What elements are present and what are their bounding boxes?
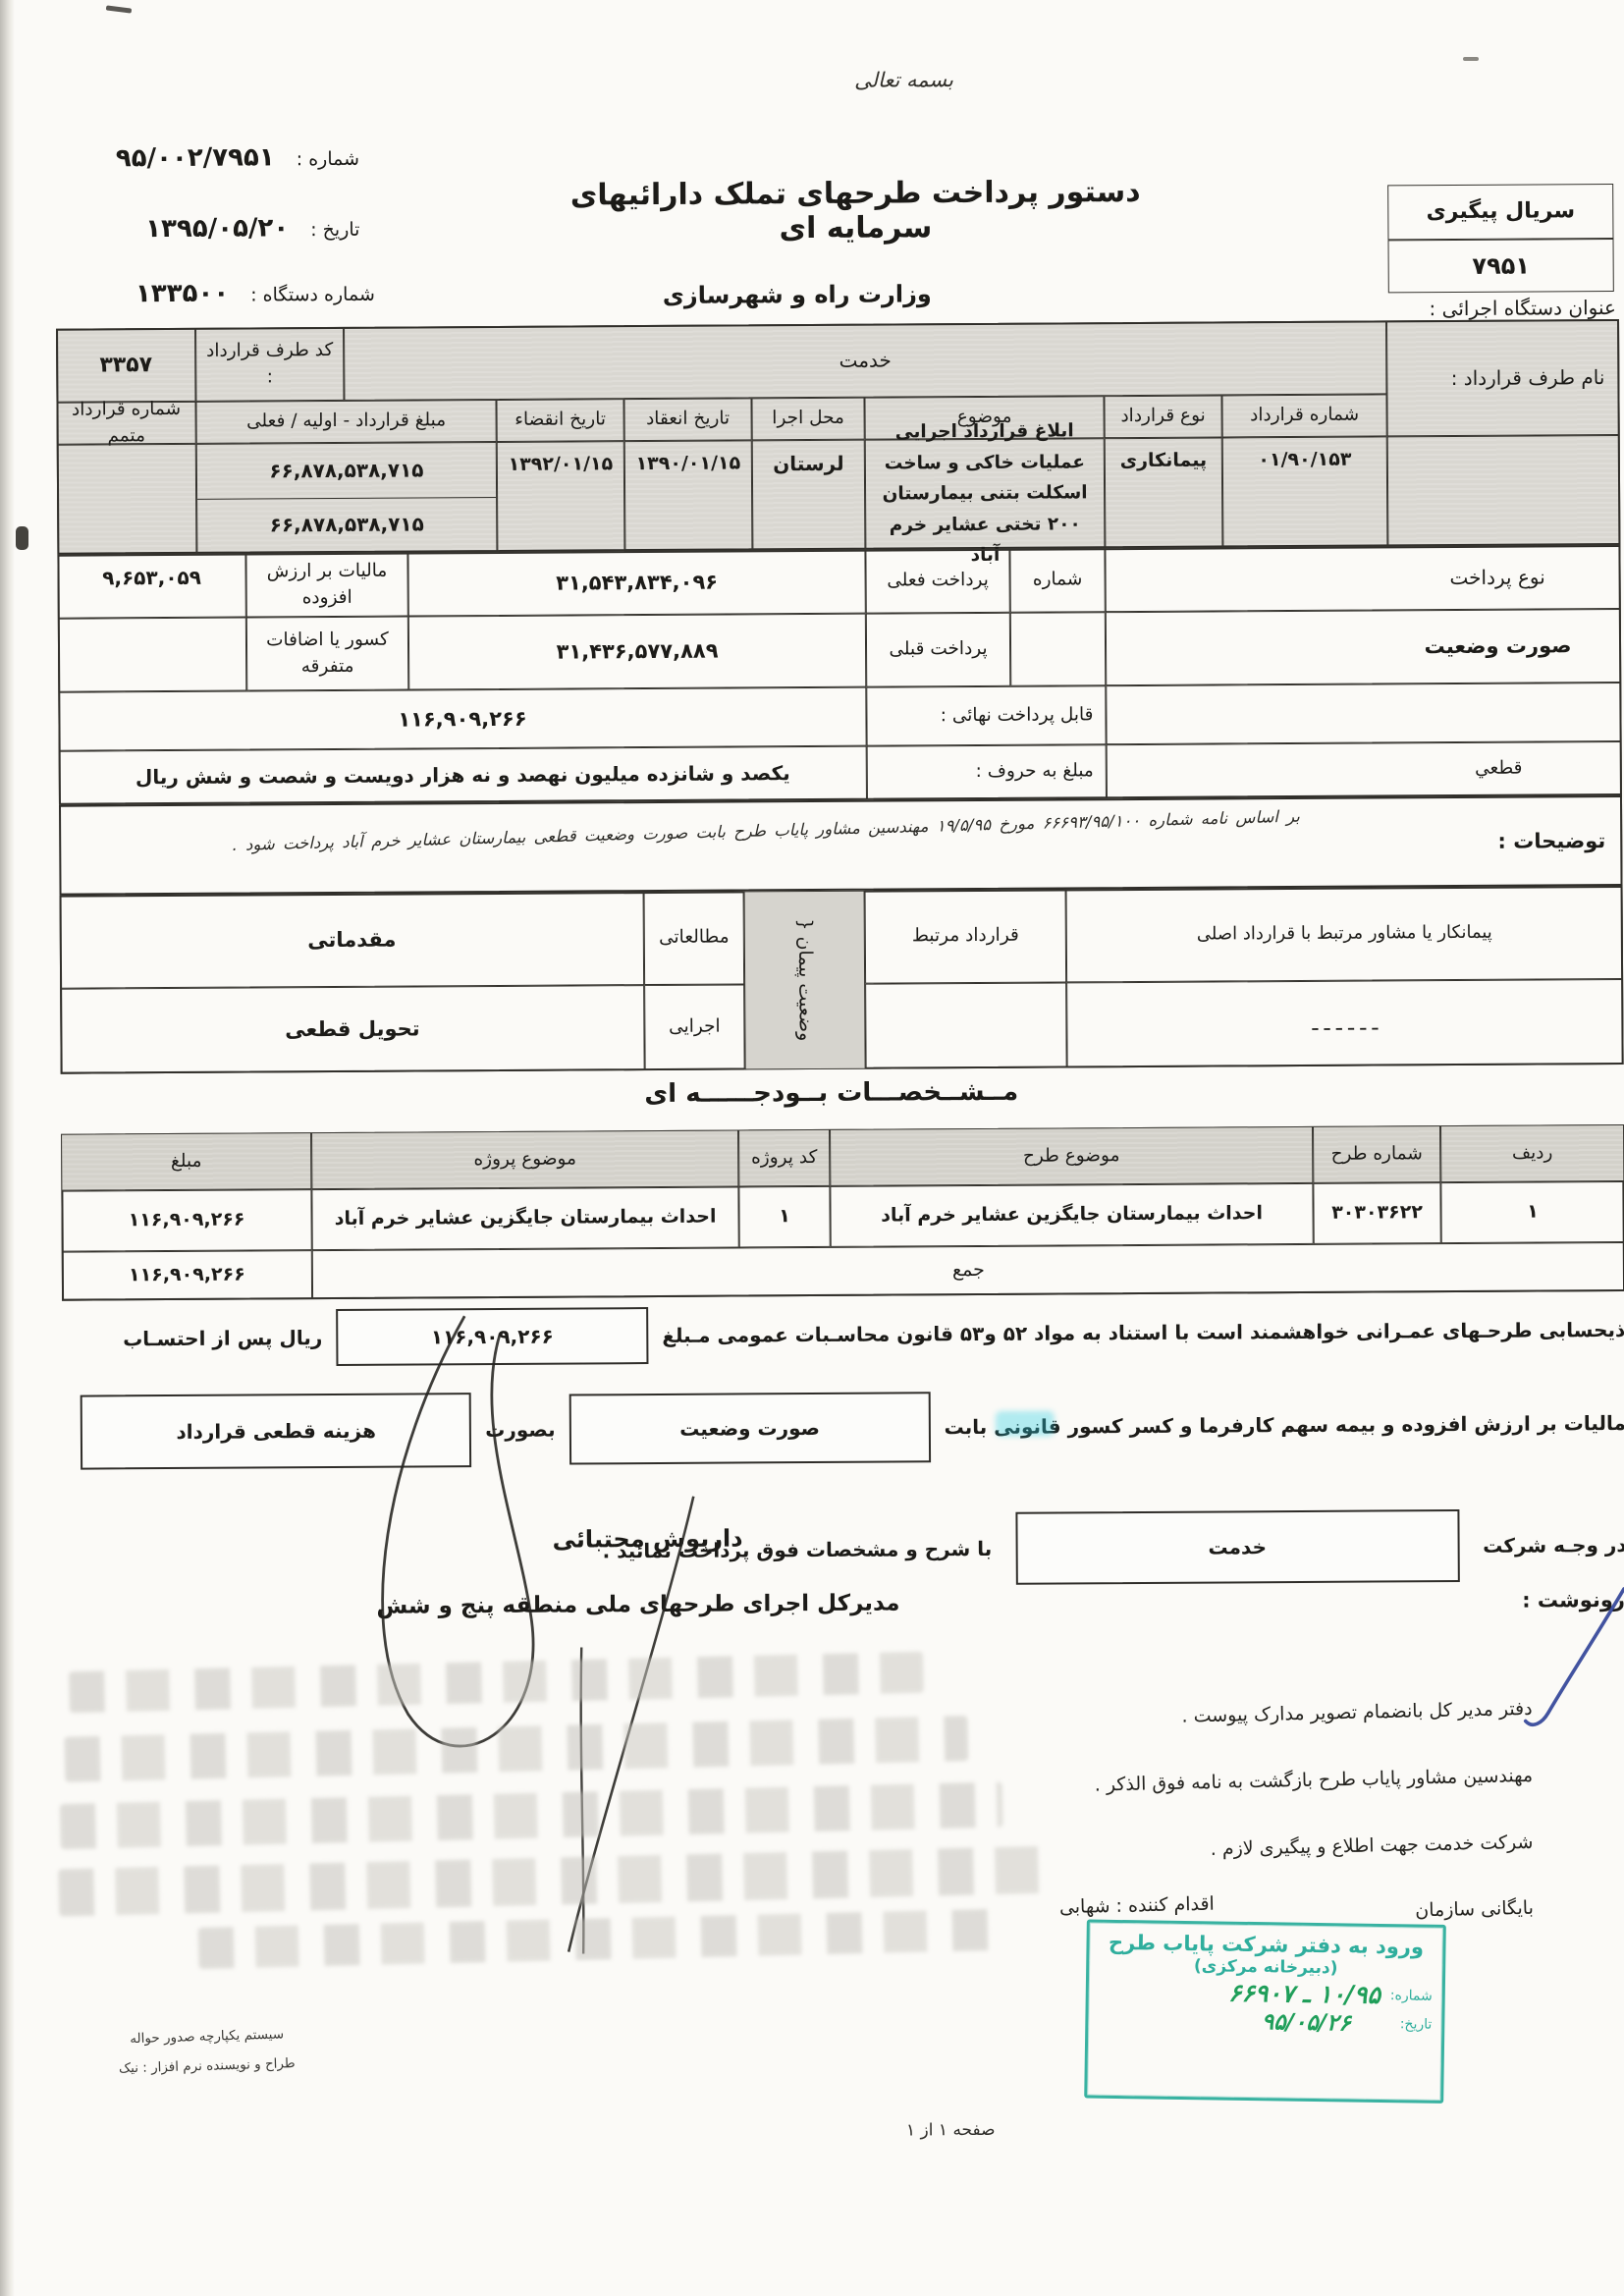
budget-header-project-subject: موضوع پروژه [311,1129,738,1189]
related-party-header: پیمانکار یا مشاور مرتبط با قرارداد اصلی [1066,886,1624,982]
final-row-right-empty [1106,683,1621,744]
deductions-label: کسور یا اضافات متفرقه [246,617,408,691]
contract-amount-current: ۶۶,۸۷۸,۵۳۸,۷۱۵ [197,497,496,552]
header-signing-date: تاریخ انعقاد [623,398,751,441]
doc-meta-number: شماره : ۹۵/۰۰۲/۷۹۵۱ [55,142,359,174]
payment-kind-value: قطعي [1107,741,1622,798]
budget-header-plan-number: شماره طرح [1313,1125,1440,1183]
budget-total-label: جمع [312,1242,1624,1299]
doc-meta-agency-number: شماره دستگاه : ۱۳۳۵۰۰ [41,278,375,309]
budget-amount-value: ۱۱۶,۹۰۹,۲۶۶ [61,1189,311,1252]
stamp-line-1: ورود به دفتر شرکت پایاب طرح [1099,1931,1433,1959]
notes-label: توضیحات : [1373,795,1623,888]
pen-checkmark [1522,1581,1624,1749]
status-preliminary: مقدماتی [60,892,645,989]
expiry-date-value: ۱۳۹۲/۰۱/۱۵ [497,441,625,552]
service-header: خدمت [344,320,1386,400]
entry-stamp: ورود به دفتر شرکت پایاب طرح (دبیرخانه مر… [1084,1920,1446,2104]
doc-meta-date: تاریخ : ۱۳۹۵/۰۵/۲۰ [55,213,359,245]
status-study: مطالعاتی [644,891,745,985]
previous-payment-label: پرداخت قبلی [866,613,1010,687]
software-credit-line-2: طراح و نویسنده نرم افزار : نیک [91,2054,323,2077]
header-execution-location: محل اجرا [751,398,864,441]
payment-number-value-empty [1010,612,1106,686]
contract-amount-values: ۶۶,۸۷۸,۵۳۸,۷۱۵ ۶۶,۸۷۸,۵۳۸,۷۱۵ [196,442,498,554]
stamp-number-value: ۱۰/۹۵ ـ ۶۶۹۰۷ [1228,1979,1380,2009]
status-execution: اجرایی [644,984,745,1070]
supplement-contract-no-value-empty [57,444,197,555]
previous-payment-value: ۳۱,۴۳۶,۵۷۷,۸۸۹ [408,614,866,690]
agency-number-value: ۱۳۳۵۰۰ [135,279,229,309]
doc-number-label: شماره : [297,148,359,170]
current-payment-label: پرداخت فعلی [865,549,1009,614]
tracking-serial-value: ۷۹۵۱ [1388,239,1614,293]
agency-number-label: شماره دستگاه : [250,284,375,306]
doc-date-value: ۱۳۹۵/۰۵/۲۰ [145,213,289,244]
budget-plan-subject-value: احداث بیمارستان جایگزین عشایر خرم آباد [830,1183,1313,1247]
header-contract-type: نوع قرارداد [1104,395,1221,438]
vat-row2-empty [58,618,246,692]
header-supplement-contract-no: شماره قرارداد متمم [56,402,195,445]
page-number: صفحه ۱ از ۱ [872,2120,1029,2141]
signing-date-value: ۱۳۹۰/۰۱/۱۵ [624,440,753,551]
budget-header-amount: مبلغ [61,1132,311,1191]
order-line-2: مالیات بر ارزش افزوده و بیمه سهم کارفرما… [63,1382,1624,1474]
final-payable-label: قابل پرداخت نهائی : [866,685,1106,745]
order-line-1: ذیحسابی طرحـهای عمـرانی خواهشمند است با … [62,1299,1624,1370]
related-contract-label: قرارداد مرتبط [865,889,1067,983]
basmala: بسمه تعالی [795,68,1011,92]
header-contract-amount: مبلغ قرارداد - اولیه / فعلی [195,400,496,444]
budget-header-plan-subject: موضوع طرح [830,1126,1313,1186]
order-line3-text-a: در وجـه شرکت [1483,1533,1624,1558]
payment-type-label: نوع پرداخت [1105,545,1620,612]
contract-type-value: پیمانکاری [1105,437,1223,548]
scanned-payment-order-document: بسمه تعالی شماره : ۹۵/۰۰۲/۷۹۵۱ تاریخ : ۱… [0,0,1624,2296]
current-payment-value: ۳۱,۵۴۳,۸۳۴,۰۹۶ [407,550,865,617]
contract-party-code-value: ۳۳۵۷ [56,328,195,403]
budget-project-subject-value: احداث بیمارستان جایگزین عشایر خرم آباد [311,1186,738,1250]
budget-header-row-number: ردیف [1440,1124,1624,1182]
cc-item-1: دفتر مدیر کل بانضمام تصویر مدارک پیوست . [698,1698,1533,1738]
highlight-smudge [996,1411,1055,1437]
budget-row-number-value: ۱ [1440,1181,1624,1243]
related-party-value: ـ ـ ـ ـ ـ ـ [1066,979,1624,1067]
status-column-label: وضعیت پیمان { [744,891,866,1070]
contract-amount-initial: ۶۶,۸۷۸,۵۳۸,۷۱۵ [197,443,496,499]
contract-number-value: ۰۱/۹۰/۱۵۳ [1222,436,1388,547]
order-line1-text-b: ریال پس از احتسـاب [123,1326,322,1350]
header-contract-number: شماره قرارداد [1221,394,1386,437]
order-line1-text-a: ذیحسابی طرحـهای عمـرانی خواهشمند است با … [662,1318,1624,1347]
stamp-date-label: تاریخ: [1400,2016,1433,2032]
software-credit-line-1: سیستم یکپارچه صدور حواله [98,2025,314,2048]
tracking-serial-label: سریال پیگیری [1387,184,1613,240]
cc-item-4: بایگانی سازمان [1318,1897,1534,1924]
stamp-number-label: شماره: [1390,1988,1433,2004]
final-payable-value: ۱۱۶,۹۰۹,۲۶۶ [58,687,866,751]
contract-party-name-label: نام طرف قرارداد : [1386,319,1620,436]
amount-in-words-value: یکصد و شانزده میلیون نهصد و نه هزار دویس… [59,746,867,805]
header-expiry-date: تاریخ انقضاء [496,399,623,442]
status-column-text: وضعیت پیمان { [790,919,818,1042]
contract-party-code-label: کد طرف قرارداد : [195,327,344,402]
cc-actor: اقدام کننده : شهابی [979,1893,1215,1920]
order-payee-box: خدمت [1015,1509,1459,1585]
doc-number-value: ۹۵/۰۰۲/۷۹۵۱ [116,142,275,173]
page-title: دستور پرداخت طرحهای تملک دارائیهای سرمای… [561,175,1150,247]
vat-amount-value: ۹,۶۵۳,۰۵۹ [57,554,245,619]
execution-location-value: لرستان [752,440,866,551]
payment-number-label: شماره [1009,548,1105,613]
status-final-delivery: تحویل قطعی [60,985,645,1074]
budget-header-project-code: کد پروژه [738,1129,830,1187]
doc-date-label: تاریخ : [310,219,359,241]
stamp-line-2: (دبیرخانه مرکزی) [1099,1955,1433,1980]
contract-subject-value: ابلاغ قرارداد اجرایی عملیات خاکی و ساخت … [865,438,1106,549]
budget-section-title: مــشــخصـــات بــودجــــــه ای [478,1076,1185,1110]
related-contract-value-empty [865,982,1067,1068]
cc-item-3: شرکت خدمت جهت اطلاع و پیگیری لازم . [698,1831,1533,1872]
stamp-date-value: ۹۵/۰۵/۲۶ [1262,2009,1351,2036]
contract-party-name-value-empty [1387,435,1621,546]
budget-total-value: ۱۱۶,۹۰۹,۲۶۶ [62,1250,312,1301]
budget-project-code-value: ۱ [738,1186,830,1248]
amount-in-words-label: مبلغ به حروف : [867,744,1107,799]
vat-label: مالیات بر ارزش افزوده [245,553,407,618]
cc-item-2: مهندسین مشاور پایاب طرح بازگشت به نامه ف… [698,1765,1533,1805]
budget-plan-number-value: ۳۰۳۰۳۶۲۲ [1313,1182,1440,1244]
statement-status-label: صورت وضعیت [1106,609,1621,685]
ministry-name: وزارت راه و شهرسازی [630,280,964,309]
agency-title-label: عنوان دستگاه اجرائی : [1388,296,1616,320]
